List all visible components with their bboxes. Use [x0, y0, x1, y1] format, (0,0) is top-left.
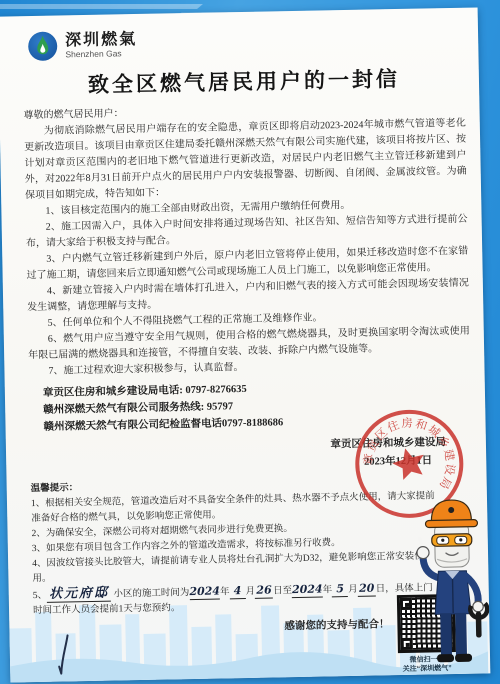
letter-title: 致全区燃气居民用户的一封信 — [23, 62, 465, 100]
handwritten-end-year: 2024 — [292, 582, 323, 599]
handwritten-end-month: 5 — [332, 581, 348, 597]
brand-name-en: Shenzhen Gas — [65, 47, 137, 58]
tip-item-5: 5、状元府邸 小区的施工时间为2024年4月26日至2024年5月20日，具体上… — [33, 579, 438, 619]
gas-worker-mascot — [411, 491, 490, 675]
shenzhen-gas-logo — [28, 31, 58, 61]
tip5-text: 月 — [348, 585, 358, 595]
warm-tips: 温馨提示： 1、根据相关安全规范，管道改造后对不具备安全条件的灶具、热水器不予点… — [31, 474, 438, 639]
flame-icon — [35, 35, 50, 57]
tip5-text: 年 — [323, 585, 333, 595]
tip5-text: 小区的施工时间为 — [113, 588, 189, 599]
handwritten-start-month: 4 — [229, 583, 245, 599]
pen-mark — [58, 633, 73, 675]
handwritten-end-day: 20 — [358, 581, 376, 597]
intro-paragraph: 为彻底消除燃气居民用户端存在的安全隐患，章贡区即将启动2023-2024年城市燃… — [24, 116, 467, 204]
letter-body: 尊敬的燃气居民用户： 为彻底消除燃气居民用户端存在的安全隐患，章贡区即将启动20… — [23, 100, 470, 380]
tip5-text: 日至 — [273, 586, 292, 596]
handwritten-start-year: 2024 — [189, 584, 220, 601]
tip5-text: 年 — [220, 587, 230, 597]
light-streak — [0, 4, 203, 9]
tip5-text: 月 — [245, 587, 255, 597]
handwritten-community-name: 状元府邸 — [47, 586, 111, 603]
signature-block: 章贡区住房和城乡建设局 2023年12月1日 — [30, 434, 447, 478]
letter-header: 深圳燃氣 Shenzhen Gas — [28, 20, 465, 64]
tip5-number: 5、 — [33, 591, 47, 601]
contact-numbers: 章贡区住房和城乡建设局电话: 0797-8276635 赣州深燃天然气有限公司服… — [43, 377, 472, 436]
qr-finder-pattern — [401, 638, 413, 650]
brand-name-cn: 深圳燃氣 — [65, 30, 137, 48]
qr-finder-pattern — [400, 598, 412, 610]
letter-paper: 深圳燃氣 Shenzhen Gas 致全区燃气居民用户的一封信 尊敬的燃气居民用… — [0, 7, 490, 682]
handwritten-start-day: 26 — [255, 582, 273, 598]
